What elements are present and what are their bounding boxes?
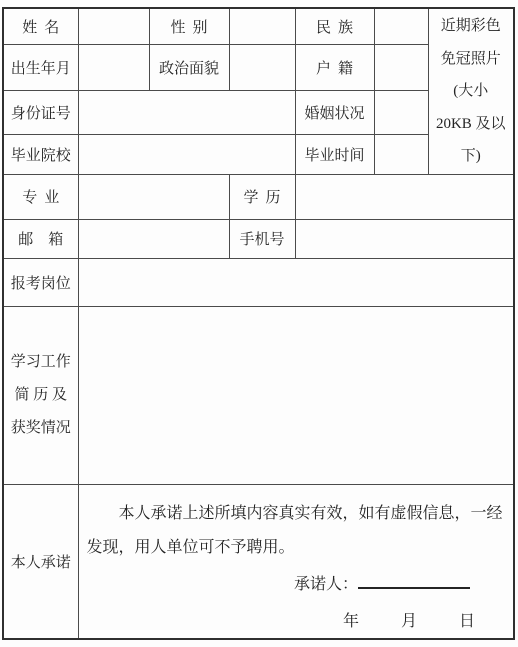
signer-row: 承诺人： xyxy=(79,565,514,594)
graduation-time-field[interactable] xyxy=(374,134,428,174)
signer-label: 承诺人： xyxy=(294,576,358,593)
household-label-text: 户籍 xyxy=(316,61,360,77)
household-field[interactable] xyxy=(374,44,428,90)
political-status-field[interactable] xyxy=(229,44,295,90)
name-field[interactable] xyxy=(78,8,149,44)
photo-box[interactable]: 近期彩色 免冠照片 (大小 20KB 及以 下) xyxy=(428,8,514,174)
education-label-text: 学历 xyxy=(243,190,287,206)
gender-label: 性别 xyxy=(149,8,229,44)
promise-text-line2: 发现，用人单位可不予聘用。 xyxy=(87,531,506,565)
marital-status-field[interactable] xyxy=(374,90,428,134)
date-row: 年 月 日 xyxy=(79,594,514,631)
resume-label-line: 简 历 及 xyxy=(4,379,78,412)
education-label: 学历 xyxy=(229,174,295,219)
promise-body: 本人承诺上述所填内容真实有效，如有虚假信息，一经 发现，用人单位可不予聘用。 xyxy=(79,485,514,565)
date-year-label: 年 xyxy=(343,613,359,630)
photo-box-line: 免冠照片 xyxy=(429,43,514,76)
school-field[interactable] xyxy=(78,134,295,174)
id-number-field[interactable] xyxy=(78,90,295,134)
row-contact: 邮 箱 手机号 xyxy=(3,219,514,258)
position-label: 报考岗位 xyxy=(3,258,78,306)
photo-box-line: (大小 xyxy=(429,75,514,108)
position-field[interactable] xyxy=(78,258,514,306)
ethnicity-label-text: 民族 xyxy=(316,20,360,36)
promise-label: 本人承诺 xyxy=(3,484,78,639)
row-position: 报考岗位 xyxy=(3,258,514,306)
household-label: 户籍 xyxy=(295,44,374,90)
email-label: 邮 箱 xyxy=(3,219,78,258)
date-day-label: 日 xyxy=(459,613,475,630)
gender-field[interactable] xyxy=(229,8,295,44)
major-field[interactable] xyxy=(78,174,229,219)
school-label: 毕业院校 xyxy=(3,134,78,174)
resume-label-line: 获奖情况 xyxy=(4,412,78,445)
birth-date-field[interactable] xyxy=(78,44,149,90)
row-major: 专业 学历 xyxy=(3,174,514,219)
major-label: 专业 xyxy=(3,174,78,219)
graduation-time-label: 毕业时间 xyxy=(295,134,374,174)
promise-text-line1: 本人承诺上述所填内容真实有效，如有虚假信息，一经 xyxy=(87,497,506,531)
photo-box-line: 近期彩色 xyxy=(429,10,514,43)
resume-field[interactable] xyxy=(78,306,514,484)
ethnicity-label: 民族 xyxy=(295,8,374,44)
resume-label: 学习工作 简 历 及 获奖情况 xyxy=(3,306,78,484)
row-resume: 学习工作 简 历 及 获奖情况 xyxy=(3,306,514,484)
resume-label-line: 学习工作 xyxy=(4,346,78,379)
date-month-label: 月 xyxy=(401,613,417,630)
name-label: 姓名 xyxy=(3,8,78,44)
major-label-text: 专业 xyxy=(22,190,66,206)
name-label-text: 姓名 xyxy=(22,20,66,36)
application-form-table: 姓名 性别 民族 近期彩色 免冠照片 (大小 20KB 及以 下) 出生年月 政… xyxy=(2,7,515,640)
photo-box-line: 下) xyxy=(429,140,514,173)
birth-date-label: 出生年月 xyxy=(3,44,78,90)
promise-content: 本人承诺上述所填内容真实有效，如有虚假信息，一经 发现，用人单位可不予聘用。 承… xyxy=(78,484,514,639)
email-field[interactable] xyxy=(78,219,229,258)
photo-box-line: 20KB 及以 xyxy=(429,108,514,141)
id-number-label: 身份证号 xyxy=(3,90,78,134)
gender-label-text: 性别 xyxy=(170,20,214,36)
row-basic-1: 姓名 性别 民族 近期彩色 免冠照片 (大小 20KB 及以 下) xyxy=(3,8,514,44)
ethnicity-field[interactable] xyxy=(374,8,428,44)
phone-field[interactable] xyxy=(295,219,514,258)
row-promise: 本人承诺 本人承诺上述所填内容真实有效，如有虚假信息，一经 发现，用人单位可不予… xyxy=(3,484,514,639)
education-field[interactable] xyxy=(295,174,514,219)
phone-label: 手机号 xyxy=(229,219,295,258)
political-status-label: 政治面貌 xyxy=(149,44,229,90)
marital-status-label: 婚姻状况 xyxy=(295,90,374,134)
signature-line[interactable] xyxy=(358,573,470,589)
